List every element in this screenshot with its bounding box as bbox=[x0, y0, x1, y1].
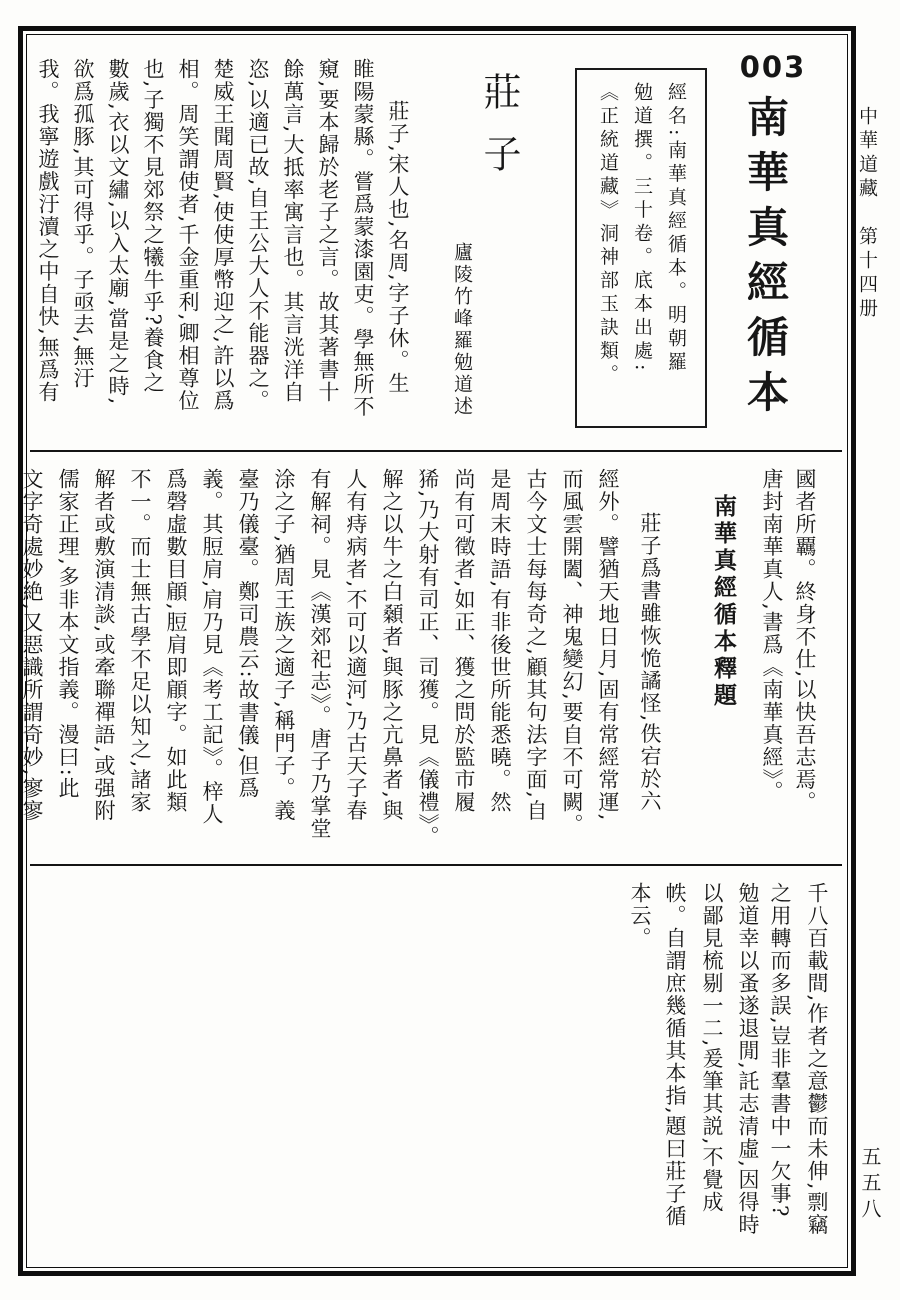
volume-label: 中華道藏 第十四册 bbox=[857, 106, 876, 346]
section-heading: 南華真經循本釋題 bbox=[712, 494, 735, 774]
text-column: 莊子,宋人也,名周,字子休。生 bbox=[387, 100, 408, 445]
text-column: 國者所覊。終身不仕,以快吾志焉。 bbox=[794, 468, 815, 853]
text-column: 解之以牛之白顙者,與豚之亢鼻者,與 bbox=[381, 468, 402, 853]
text-column: 睢陽蒙縣。嘗爲蒙漆園吏。學無所不 bbox=[352, 58, 373, 443]
text-column: 是周末時語,有非後世所能悉曉。然 bbox=[489, 468, 510, 853]
text-column: 餘萬言,大抵率寓言也。其言洸洋自 bbox=[282, 58, 303, 443]
text-column: 臺乃儀臺。鄭司農云:故書儀,但爲 bbox=[237, 468, 258, 853]
text-column: 涂之子,猶周王族之適子,稱門子。義 bbox=[273, 468, 294, 853]
serial-number: 003 bbox=[738, 50, 808, 84]
text-column: 楚威王聞周賢,使使厚幣迎之,許以爲 bbox=[212, 58, 233, 443]
text-column: 古今文士每每奇之,顧其句法字面,自 bbox=[525, 468, 546, 853]
text-column: 欲爲孤豚,其可得乎。子亟去,無汙 bbox=[72, 58, 93, 443]
text-column: 儒家正理,多非本文指義。漫曰:此 bbox=[57, 468, 78, 853]
text-column: 義。其脰肩,肩乃見《考工記》。梓人 bbox=[201, 468, 222, 853]
author-byline: 廬陵竹峰羅勉道述 bbox=[452, 242, 471, 437]
book-title: 南華真經循本 bbox=[744, 95, 786, 445]
text-column: 經外。譬猶天地日月,固有常經常運, bbox=[597, 468, 618, 853]
text-column: 相。周笑謂使者,千金重利,卿相尊位 bbox=[177, 58, 198, 443]
text-column: 本云。 bbox=[629, 882, 650, 1262]
text-column: 不一。而士無古學不足以知之,諸家 bbox=[129, 468, 150, 853]
text-column: 窺,要本歸於老子之言。故其著書十 bbox=[317, 58, 338, 443]
text-column: 解者或敷演清談,或牽聯禪語,或强附 bbox=[93, 468, 114, 853]
text-column: 數歲,衣以文繡,以入太廟,當是之時, bbox=[107, 58, 128, 443]
text-column: 也,子獨不見郊祭之犧牛乎?養食之 bbox=[142, 58, 163, 443]
colophon-line: 勉道撰。三十卷。底本出處: bbox=[625, 82, 659, 414]
text-column: 狶,乃大射有司正、司獲。見《儀禮》。 bbox=[417, 468, 438, 853]
folio-page-number: 五五八 bbox=[860, 1146, 880, 1246]
text-column: 千八百載間,作者之意鬱而未伸,剽竊 bbox=[806, 882, 827, 1262]
colophon-line: 《正統道藏》洞神部玉訣類。 bbox=[591, 82, 625, 414]
text-column: 勉道幸以蚤遂退閒,託志清虛,因得時 bbox=[737, 882, 758, 1262]
text-column: 莊子爲書雖恢恑譎怪,佚宕於六 bbox=[639, 512, 660, 852]
text-column: 恣,以適已故,自王公大人不能器之。 bbox=[247, 58, 268, 443]
text-column: 而風雲開闔、神鬼變幻,要自不可闕。 bbox=[561, 468, 582, 853]
text-column: 爲磬虛數目顅,脰肩即顅字。如此類 bbox=[165, 468, 186, 853]
colophon-line: 經名:南華真經循本。明朝羅 bbox=[659, 82, 693, 414]
text-column: 以鄙見梳剔一二,爰筆其説,不覺成 bbox=[701, 882, 722, 1262]
section-divider-top bbox=[30, 450, 842, 452]
text-column: 尚有可徵者,如正、獲之問於監市履 bbox=[453, 468, 474, 853]
text-column: 我。我寧遊戲汙瀆之中自快,無爲有 bbox=[37, 58, 58, 443]
colophon-box: 經名:南華真經循本。明朝羅 勉道撰。三十卷。底本出處: 《正統道藏》洞神部玉訣類… bbox=[575, 68, 707, 428]
text-column: 文字奇處妙絶,又惡識所謂奇妙,寥寥 bbox=[21, 468, 42, 853]
text-column: 有解祠。見《漢郊祀志》。唐子乃掌堂 bbox=[309, 468, 330, 853]
section-divider-bottom bbox=[30, 864, 842, 866]
text-column: 人有痔病者,不可以適河,乃古天子春 bbox=[345, 468, 366, 853]
text-column: 唐封南華真人,書爲《南華真經》。 bbox=[761, 468, 782, 853]
text-column: 之用轉而多誤,豈非羣書中一欠事? bbox=[769, 882, 790, 1262]
text-column: 帙。自謂庶幾循其本指,題曰莊子循 bbox=[664, 882, 685, 1262]
chapter-title: 莊子 bbox=[480, 72, 518, 242]
scanned-book-page: { "page": { "volume_label": "中華道藏 第十四册",… bbox=[0, 0, 900, 1300]
